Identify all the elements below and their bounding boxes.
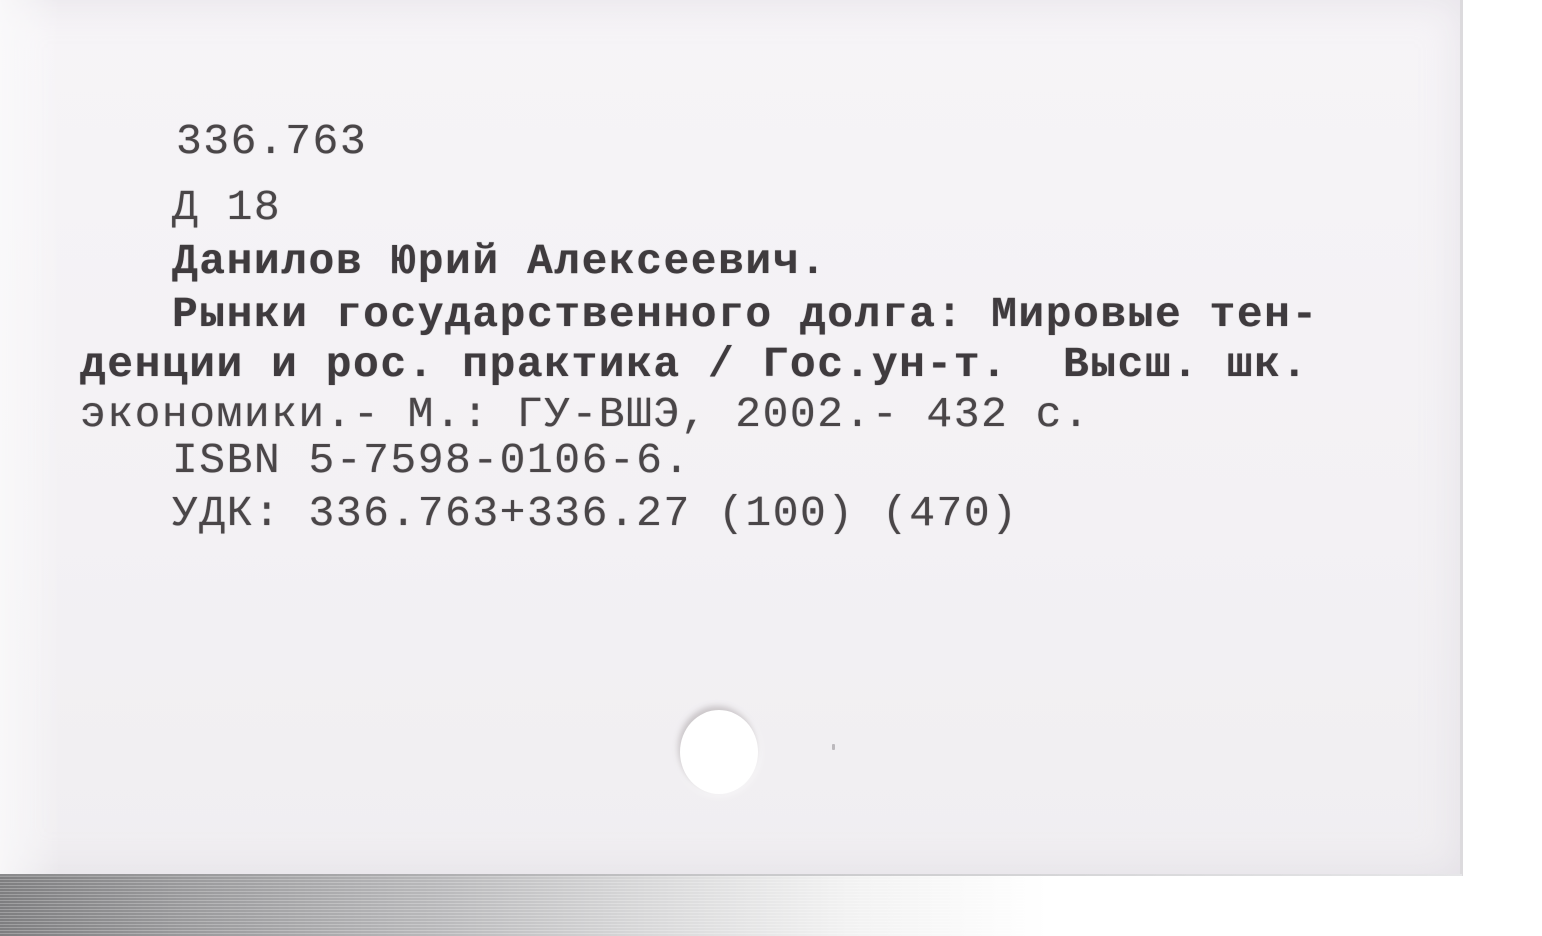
- scanner-background-strip: [0, 876, 1542, 936]
- scanned-catalog-card: 336.763 Д 18 Данилов Юрий Алексеевич. Ры…: [0, 0, 1542, 936]
- paper-speck: [832, 744, 835, 750]
- card-right-edge: [1460, 0, 1463, 876]
- title-line-2: денции и рос. практика / Гос.ун-т. Высш.…: [80, 339, 1309, 391]
- udc-code: УДК: 336.763+336.27 (100) (470): [172, 488, 1018, 540]
- author-name: Данилов Юрий Алексеевич.: [172, 236, 827, 288]
- library-catalog-card: 336.763 Д 18 Данилов Юрий Алексеевич. Ры…: [0, 0, 1462, 876]
- author-mark: Д 18: [172, 182, 281, 234]
- class-number: 336.763: [176, 116, 367, 168]
- isbn: ISBN 5-7598-0106-6.: [172, 435, 691, 487]
- title-line-1: Рынки государственного долга: Мировые те…: [172, 289, 1319, 341]
- title-line-3: экономики.- М.: ГУ-ВШЭ, 2002.- 432 с.: [80, 389, 1090, 441]
- punch-hole: [680, 710, 758, 794]
